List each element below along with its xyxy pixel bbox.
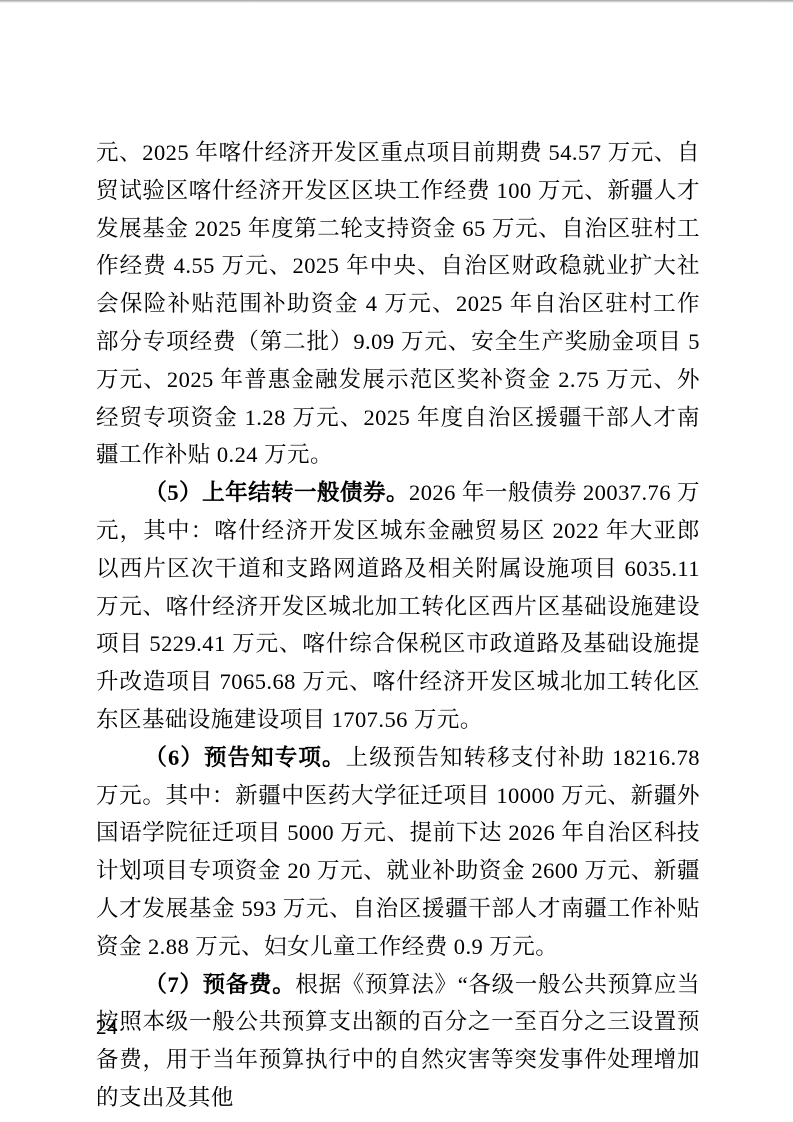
paragraph-heading: （6）预告知专项。 bbox=[144, 745, 345, 770]
scan-edge-artifact bbox=[0, 0, 793, 3]
paragraph-item-6: （6）预告知专项。上级预告知转移支付补助 18216.78 万元。其中：新疆中医… bbox=[96, 739, 700, 966]
page-content: 元、2025 年喀什经济开发区重点项目前期费 54.57 万元、自贸试验区喀什经… bbox=[96, 134, 700, 1117]
page-number: 24 bbox=[96, 1012, 118, 1042]
paragraph-item-5: （5）上年结转一般债券。2026 年一般债券 20037.76 万元，其中：喀什… bbox=[96, 474, 700, 739]
paragraph-continuation: 元、2025 年喀什经济开发区重点项目前期费 54.57 万元、自贸试验区喀什经… bbox=[96, 134, 700, 474]
paragraph-text: 2026 年一般债券 20037.76 万元，其中：喀什经济开发区城东金融贸易区… bbox=[96, 480, 700, 732]
paragraph-heading: （5）上年结转一般债券。 bbox=[144, 480, 409, 505]
paragraph-text: 上级预告知转移支付补助 18216.78 万元。其中：新疆中医药大学征迁项目 1… bbox=[96, 745, 700, 959]
paragraph-text: 元、2025 年喀什经济开发区重点项目前期费 54.57 万元、自贸试验区喀什经… bbox=[96, 140, 700, 467]
paragraph-heading: （7）预备费。 bbox=[144, 972, 295, 997]
document-page: 元、2025 年喀什经济开发区重点项目前期费 54.57 万元、自贸试验区喀什经… bbox=[0, 0, 793, 1122]
paragraph-item-7: （7）预备费。根据《预算法》“各级一般公共预算应当按照本级一般公共预算支出额的百… bbox=[96, 966, 700, 1117]
